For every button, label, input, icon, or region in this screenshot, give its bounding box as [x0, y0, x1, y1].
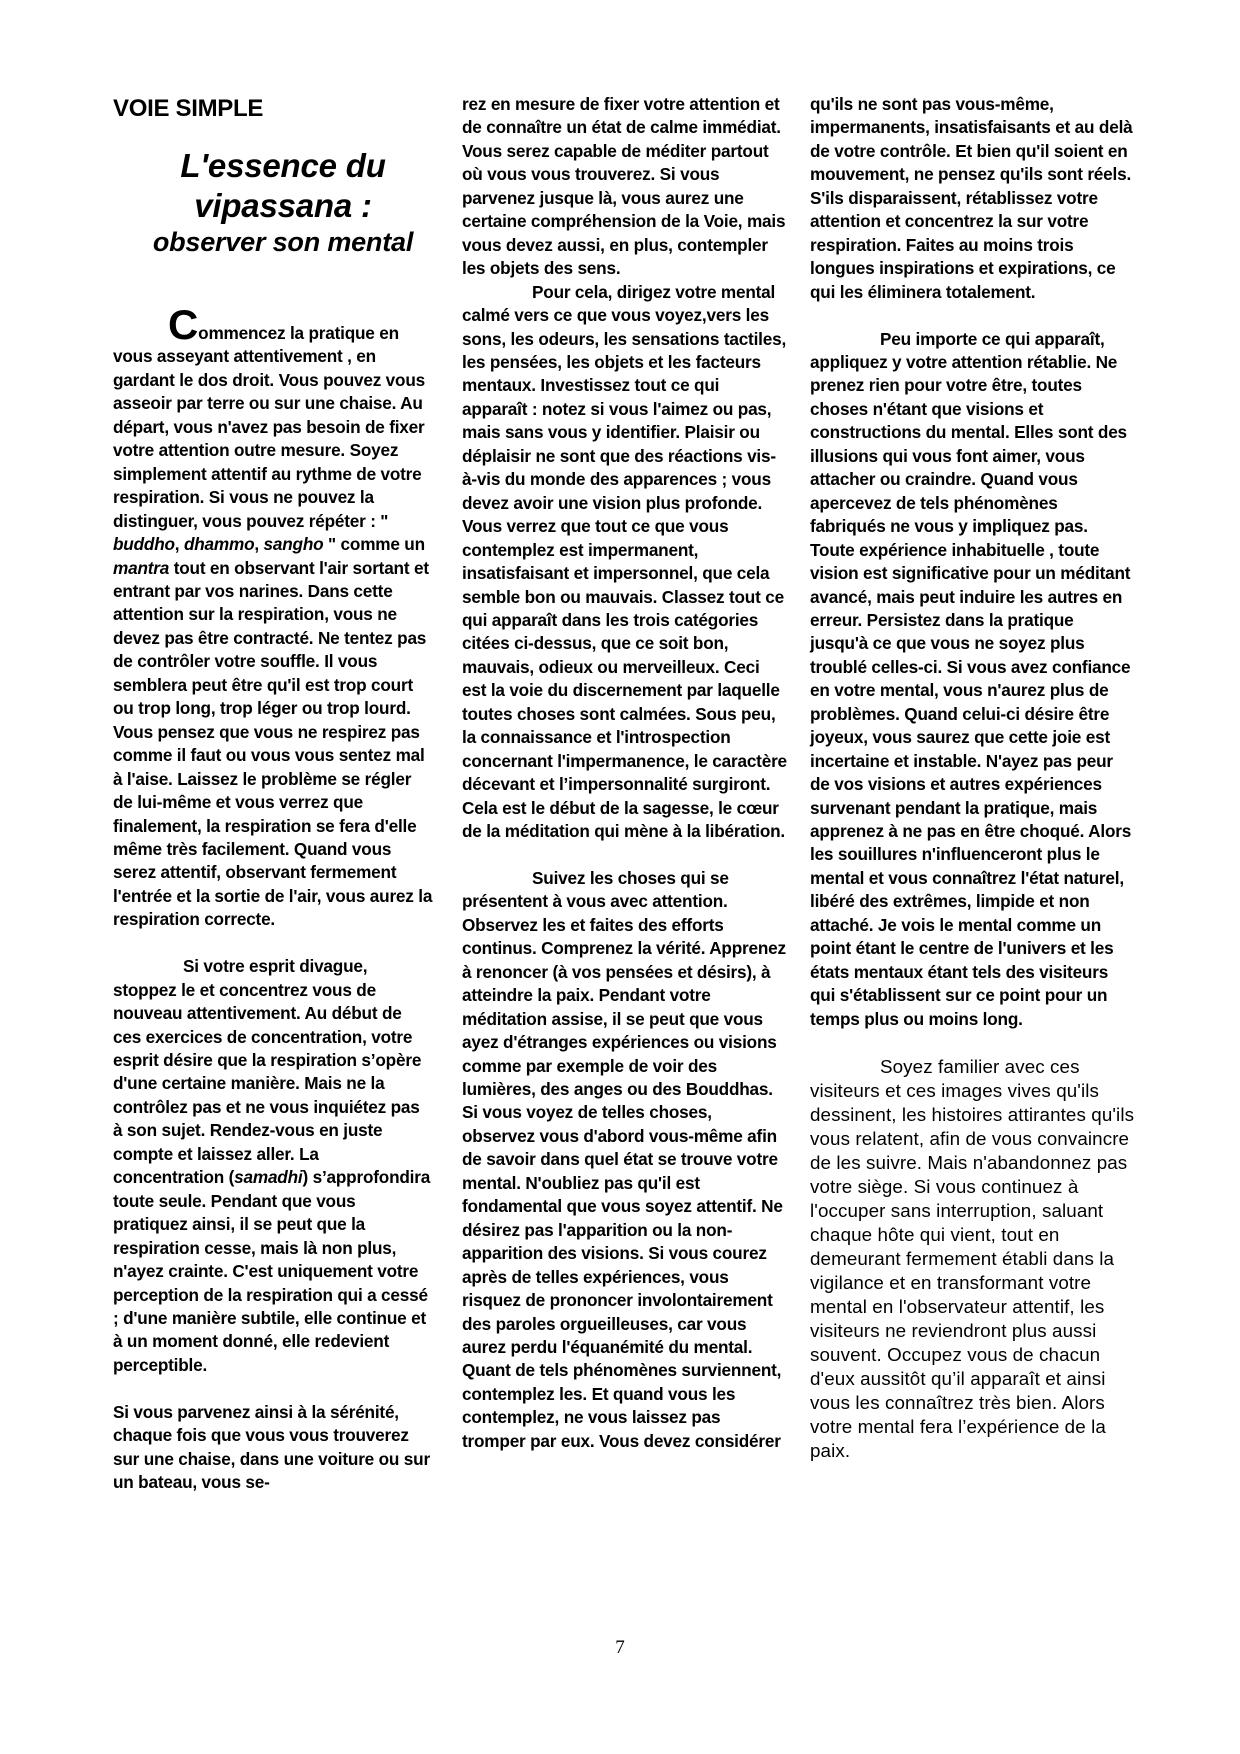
pali-term: buddho [113, 534, 175, 554]
paragraph: Pour cela, dirigez votre mental calmé ve… [462, 281, 787, 844]
lead-text: ommencez la pratique [198, 323, 375, 343]
title-line-1: L'essence du [133, 146, 433, 186]
paragraph: rez en mesure de fixer votre attention e… [462, 93, 787, 281]
text: " comme un [323, 534, 424, 554]
paragraph: qu'ils ne sont pas vous-même, impermanen… [810, 93, 1135, 304]
section-label: VOIE SIMPLE [113, 94, 433, 124]
text: Si votre esprit divague, stoppez le et c… [113, 956, 421, 1187]
pali-term: dhammo [184, 534, 254, 554]
pali-term: samadhi [234, 1167, 302, 1187]
drop-cap: C [168, 301, 198, 348]
text: tout en observant l'air sortant et entra… [113, 558, 432, 930]
pali-term: mantra [113, 558, 169, 578]
paragraph: Soyez familier avec ces visiteurs et ces… [810, 1055, 1135, 1463]
paragraph: Commencez la pratique en vous asseyant a… [113, 310, 433, 932]
text: , [254, 534, 263, 554]
column-1: VOIE SIMPLE L'essence du vipassana : obs… [113, 94, 433, 1495]
column-3: qu'ils ne sont pas vous-même, impermanen… [810, 93, 1135, 1463]
text: en vous asseyant attentivement , en gard… [113, 323, 425, 531]
paragraph: Si votre esprit divague, stoppez le et c… [113, 955, 433, 1377]
paragraph: Peu importe ce qui apparaît, appliquez y… [810, 328, 1135, 1032]
column-2: rez en mesure de fixer votre attention e… [462, 93, 787, 1453]
paragraph: Si vous parvenez ainsi à la sérénité, ch… [113, 1401, 433, 1495]
article-title: L'essence du vipassana : observer son me… [133, 146, 433, 258]
pali-term: sangho [264, 534, 324, 554]
title-line-2: vipassana : [133, 186, 433, 226]
text: ) s’approfondira toute seule. Pendant qu… [113, 1167, 430, 1375]
text: , [175, 534, 184, 554]
article-subtitle: observer son mental [133, 226, 433, 258]
page-number: 7 [0, 1637, 1240, 1659]
paragraph: Suivez les choses qui se présentent à vo… [462, 867, 787, 1453]
